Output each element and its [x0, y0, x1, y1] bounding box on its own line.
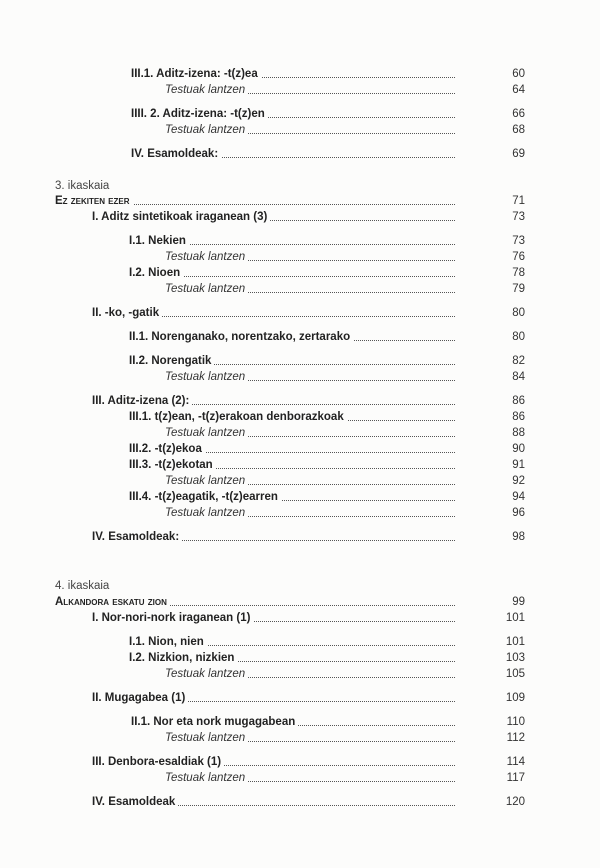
page-number: 98 [485, 529, 525, 545]
toc-entry-title: Testuak lantzen [165, 249, 248, 265]
toc-entry: Testuak lantzen64 [0, 82, 600, 98]
toc-entry-title: III. Denbora-esaldiak (1) [92, 754, 224, 770]
page-number: 68 [485, 122, 525, 138]
toc-entry: I.2. Nizkion, nizkien103 [0, 650, 600, 666]
page-number: 92 [485, 473, 525, 489]
toc-entry-title: II.1. Norenganako, norentzako, zertarako [129, 329, 353, 345]
page-number: 66 [485, 106, 525, 122]
toc-entry: Ez zekiten ezer71 [0, 193, 600, 209]
toc-entry-title: III.2. -t(z)ekoa [129, 441, 205, 457]
page-number: 60 [485, 66, 525, 82]
toc-entry-title: I.1. Nekien [129, 233, 189, 249]
toc-entry-title: III.4. -t(z)eagatik, -t(z)earren [129, 489, 281, 505]
toc-entry: Testuak lantzen76 [0, 249, 600, 265]
toc-entry-title: IV. Esamoldeak [92, 794, 178, 810]
toc-entry-title: III.3. -t(z)ekotan [129, 457, 216, 473]
section-heading: 4. ikaskaia [0, 578, 600, 594]
page-number: 117 [485, 770, 525, 786]
page-number: 112 [485, 730, 525, 746]
page-number: 103 [485, 650, 525, 666]
toc-entry-title: Testuak lantzen [165, 473, 248, 489]
page-number: 73 [485, 209, 525, 225]
page-number: 101 [485, 610, 525, 626]
page-number: 79 [485, 281, 525, 297]
page-number: 71 [485, 193, 525, 209]
page-number: 73 [485, 233, 525, 249]
page-number: 78 [485, 265, 525, 281]
toc-entry-title: Alkandora eskatu zion [55, 594, 170, 610]
toc-entry-title: Testuak lantzen [165, 369, 248, 385]
toc-entry: IV. Esamoldeak:98 [0, 529, 600, 545]
toc-entry: Testuak lantzen96 [0, 505, 600, 521]
toc-entry: IIII. 2. Aditz-izena: -t(z)en66 [0, 106, 600, 122]
toc-entry-title: 4. ikaskaia [55, 578, 112, 594]
page-number: 84 [485, 369, 525, 385]
toc-entry-title: I.2. Nizkion, nizkien [129, 650, 237, 666]
toc-entry-title: Testuak lantzen [165, 770, 248, 786]
toc-entry: II.1. Norenganako, norentzako, zertarako… [0, 329, 600, 345]
toc-entry-title: III. Aditz-izena (2): [92, 393, 192, 409]
toc-entry-title: II. Mugagabea (1) [92, 690, 188, 706]
page-number: 99 [485, 594, 525, 610]
toc-entry: III. Denbora-esaldiak (1)114 [0, 754, 600, 770]
page-number: 110 [485, 714, 525, 730]
toc-entry: II. -ko, -gatik80 [0, 305, 600, 321]
toc-entry: II.2. Norengatik82 [0, 353, 600, 369]
toc-entry: Testuak lantzen79 [0, 281, 600, 297]
page-number: 109 [485, 690, 525, 706]
toc-entry-title: Testuak lantzen [165, 281, 248, 297]
page-number: 86 [485, 393, 525, 409]
toc-entry: IV. Esamoldeak:69 [0, 146, 600, 162]
toc-entry-title: Testuak lantzen [165, 666, 248, 682]
page-number: 88 [485, 425, 525, 441]
toc-entry: I. Aditz sintetikoak iraganean (3)73 [0, 209, 600, 225]
toc-entry: I.2. Nioen78 [0, 265, 600, 281]
toc-entry: Testuak lantzen112 [0, 730, 600, 746]
page-number: 64 [485, 82, 525, 98]
toc-entry-title: II.1. Nor eta nork mugagabean [131, 714, 298, 730]
toc-entry-title: Testuak lantzen [165, 122, 248, 138]
toc-entry-title: III.1. t(z)ean, -t(z)erakoan denborazkoa… [129, 409, 347, 425]
page-number: 69 [485, 146, 525, 162]
page-number: 90 [485, 441, 525, 457]
page-number: 114 [485, 754, 525, 770]
toc-entry-title: 3. ikaskaia [55, 178, 112, 194]
toc-entry: II.1. Nor eta nork mugagabean110 [0, 714, 600, 730]
toc-entry: II. Mugagabea (1)109 [0, 690, 600, 706]
section-heading: 3. ikaskaia [0, 178, 600, 194]
toc-entry-title: I.1. Nion, nien [129, 634, 207, 650]
toc-entry-title: Testuak lantzen [165, 730, 248, 746]
toc-entry-title: I. Aditz sintetikoak iraganean (3) [92, 209, 270, 225]
toc-entry: Testuak lantzen105 [0, 666, 600, 682]
toc-entry: Alkandora eskatu zion99 [0, 594, 600, 610]
page-number: 86 [485, 409, 525, 425]
toc-entry-title: I.2. Nioen [129, 265, 183, 281]
toc-entry: Testuak lantzen68 [0, 122, 600, 138]
toc-entry-title: Testuak lantzen [165, 505, 248, 521]
page-number: 94 [485, 489, 525, 505]
toc-entry-title: Testuak lantzen [165, 425, 248, 441]
toc-entry: III.1. t(z)ean, -t(z)erakoan denborazkoa… [0, 409, 600, 425]
toc-entry-title: II.2. Norengatik [129, 353, 214, 369]
toc-entry-title: Testuak lantzen [165, 82, 248, 98]
toc-entry-title: I. Nor-nori-nork iraganean (1) [92, 610, 253, 626]
toc-entry: I.1. Nekien73 [0, 233, 600, 249]
page-number: 101 [485, 634, 525, 650]
page-number: 105 [485, 666, 525, 682]
toc-entry: IV. Esamoldeak120 [0, 794, 600, 810]
toc-entry: Testuak lantzen92 [0, 473, 600, 489]
toc-entry-title: IV. Esamoldeak: [131, 146, 221, 162]
toc-entry: III.4. -t(z)eagatik, -t(z)earren94 [0, 489, 600, 505]
toc-entry-title: III.1. Aditz-izena: -t(z)ea [131, 66, 261, 82]
page-number: 80 [485, 329, 525, 345]
toc-entry: III.1. Aditz-izena: -t(z)ea60 [0, 66, 600, 82]
toc-entry: III.3. -t(z)ekotan91 [0, 457, 600, 473]
page-number: 96 [485, 505, 525, 521]
page-number: 120 [485, 794, 525, 810]
page-number: 80 [485, 305, 525, 321]
toc-entry-title: II. -ko, -gatik [92, 305, 162, 321]
toc-entry: Testuak lantzen88 [0, 425, 600, 441]
toc-entry: Testuak lantzen117 [0, 770, 600, 786]
toc-entry: Testuak lantzen84 [0, 369, 600, 385]
toc-entry: I.1. Nion, nien101 [0, 634, 600, 650]
toc-entry: III. Aditz-izena (2):86 [0, 393, 600, 409]
toc-entry: III.2. -t(z)ekoa90 [0, 441, 600, 457]
toc-entry: I. Nor-nori-nork iraganean (1)101 [0, 610, 600, 626]
page-number: 82 [485, 353, 525, 369]
toc-entry-title: Ez zekiten ezer [55, 193, 133, 209]
page-number: 76 [485, 249, 525, 265]
toc-entry-title: IIII. 2. Aditz-izena: -t(z)en [131, 106, 268, 122]
page-number: 91 [485, 457, 525, 473]
toc-entry-title: IV. Esamoldeak: [92, 529, 182, 545]
